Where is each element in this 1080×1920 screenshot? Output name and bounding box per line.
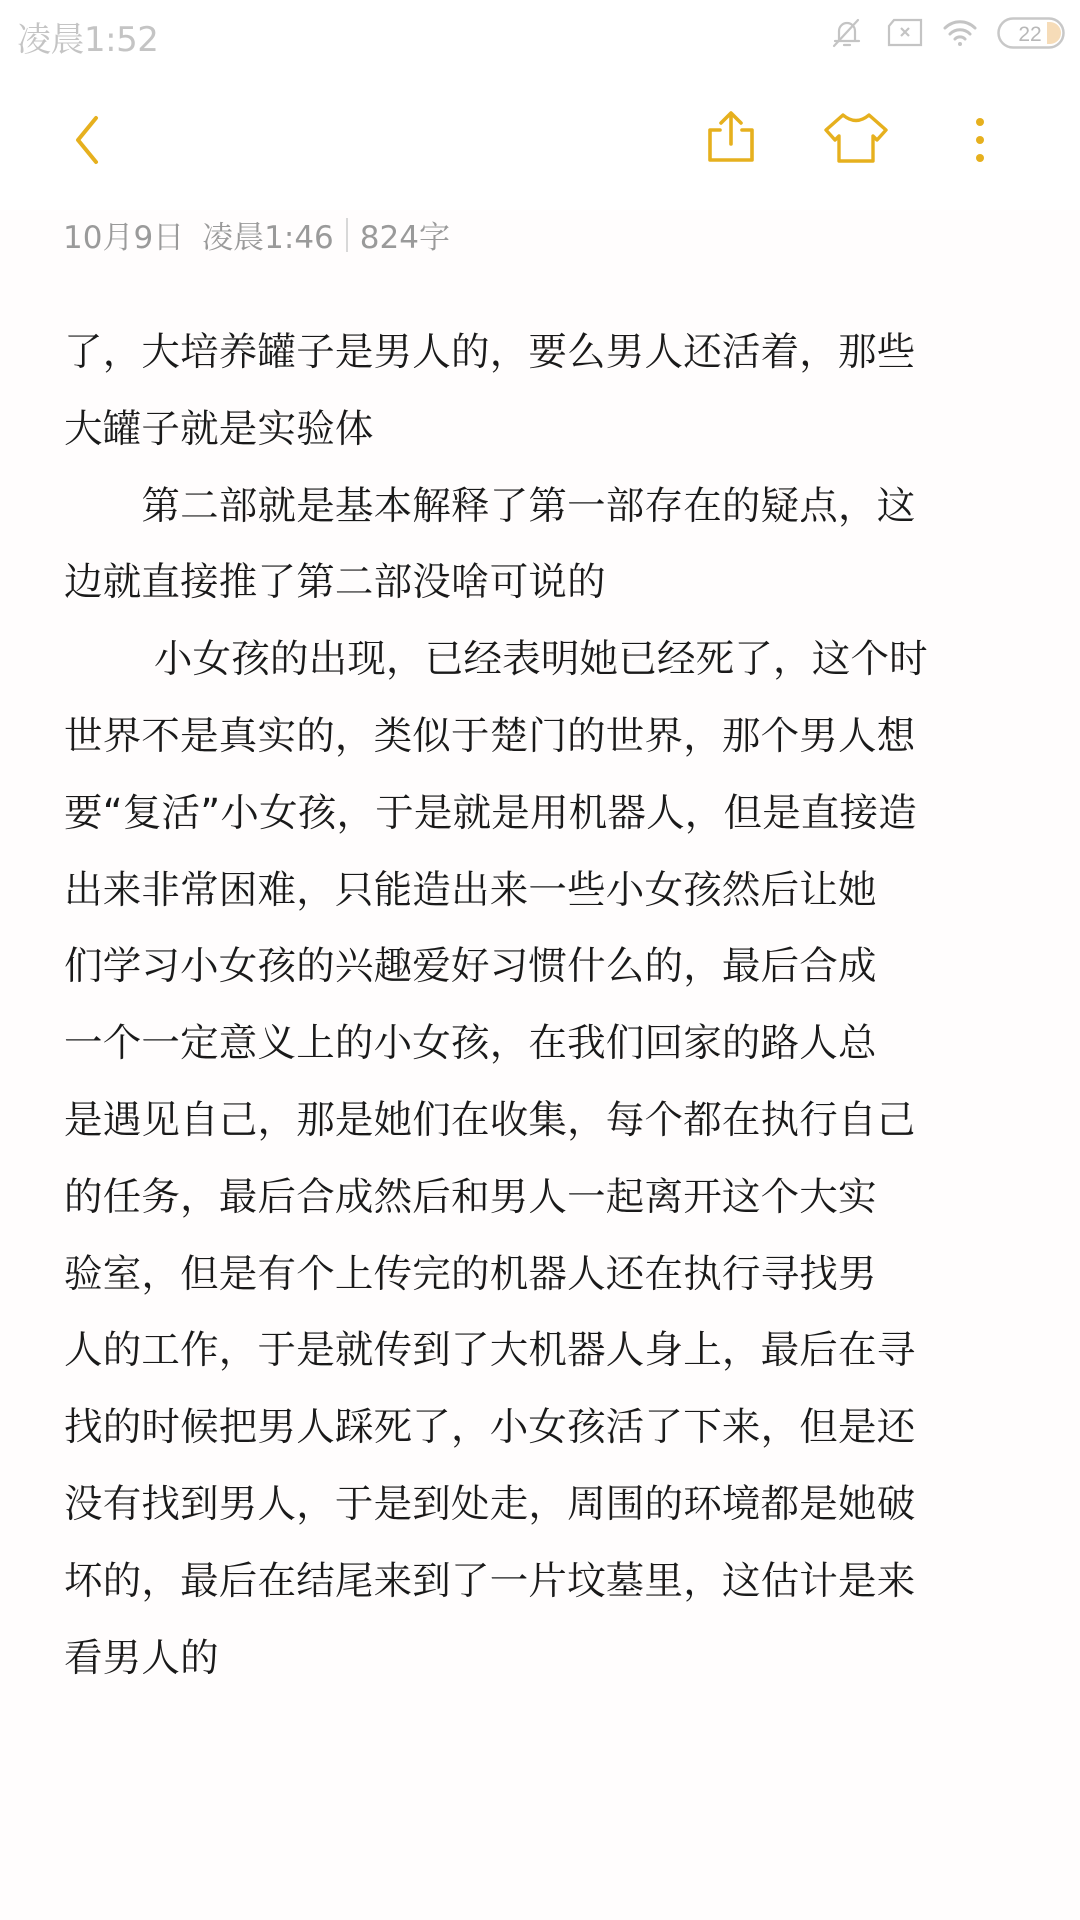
note-line: 出来非常困难，只能造出来一些小女孩然后让她 xyxy=(64,853,1024,930)
note-body[interactable]: 了，大培养罐子是男人的，要么男人还活着，那些 大罐子就是实验体 第二部就是基本解… xyxy=(64,315,1024,1697)
note-line: 人的工作，于是就传到了大机器人身上，最后在寻 xyxy=(64,1313,1024,1390)
no-sim-icon xyxy=(886,18,924,52)
note-line: 找的时候把男人踩死了，小女孩活了下来，但是还 xyxy=(64,1390,1024,1467)
chevron-left-icon xyxy=(68,112,108,168)
status-bar: 凌晨1:52 22 xyxy=(0,0,1080,70)
note-line: 看男人的 xyxy=(64,1621,1024,1698)
note-line: 了，大培养罐子是男人的，要么男人还活着，那些 xyxy=(64,315,1024,392)
meta-divider xyxy=(346,218,348,252)
note-line: 大罐子就是实验体 xyxy=(64,392,1024,469)
battery-level: 22 xyxy=(1018,23,1041,46)
theme-button[interactable] xyxy=(823,112,889,168)
share-button[interactable] xyxy=(706,110,758,168)
note-line: 要“复活”小女孩，于是就是用机器人，但是直接造 xyxy=(64,776,1024,853)
note-date: 10月9日 xyxy=(63,212,184,257)
note-meta: 10月9日 凌晨1:46 824字 xyxy=(63,212,450,257)
note-line: 坏的，最后在结尾来到了一片坟墓里，这估计是来 xyxy=(64,1544,1024,1621)
note-line: 是遇见自己，那是她们在收集，每个都在执行自己 xyxy=(64,1083,1024,1160)
note-line: 边就直接推了第二部没啥可说的 xyxy=(64,545,1024,622)
note-line: 第二部就是基本解释了第一部存在的疑点，这 xyxy=(64,469,1024,546)
more-vertical-icon xyxy=(968,116,992,166)
status-time: 凌晨1:52 xyxy=(17,12,158,61)
note-line: 的任务，最后合成然后和男人一起离开这个大实 xyxy=(64,1160,1024,1237)
note-line: 们学习小女孩的兴趣爱好习惯什么的，最后合成 xyxy=(64,929,1024,1006)
toolbar xyxy=(0,70,1080,210)
share-icon xyxy=(706,110,758,164)
theme-shirt-icon xyxy=(823,112,889,164)
wifi-icon xyxy=(942,18,978,52)
note-line: 没有找到男人，于是到处走，周围的环境都是她破 xyxy=(64,1467,1024,1544)
battery-icon: 22 xyxy=(997,17,1065,53)
bell-off-icon xyxy=(830,16,864,54)
note-word-count: 824字 xyxy=(360,212,450,257)
note-time: 凌晨1:46 xyxy=(202,212,334,257)
back-button[interactable] xyxy=(68,112,108,172)
note-line: 一个一定意义上的小女孩，在我们回家的路人总 xyxy=(64,1006,1024,1083)
more-button[interactable] xyxy=(968,116,992,170)
note-line: 世界不是真实的，类似于楚门的世界，那个男人想 xyxy=(64,699,1024,776)
note-line: 验室，但是有个上传完的机器人还在执行寻找男 xyxy=(64,1237,1024,1314)
note-line: 小女孩的出现，已经表明她已经死了，这个时 xyxy=(64,622,1024,699)
